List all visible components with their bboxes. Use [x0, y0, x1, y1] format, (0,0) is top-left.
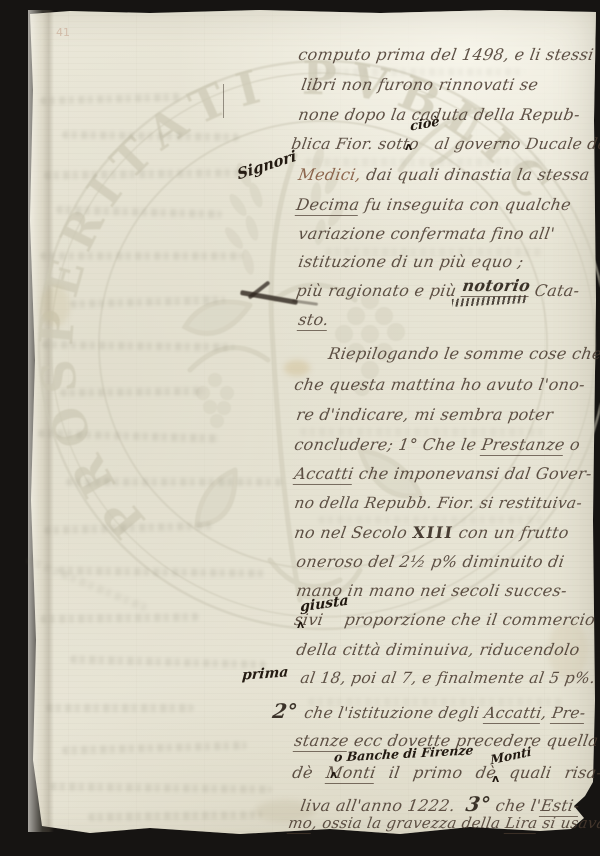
manuscript-text-segment: sivi proporzione che il commercio [293, 610, 597, 629]
manuscript-text-segment: il primo dè quali risa- [374, 763, 600, 782]
manuscript-text-segment: Riepilogando le somme cose che [327, 344, 600, 363]
manuscript-text-segment: variazione confermata fino all' [297, 224, 556, 243]
manuscript-text-segment: liva all'anno 1222. [299, 796, 467, 815]
manuscript-line: re d'indicare, mi sembra poter [295, 405, 555, 424]
manuscript-text-segment: si usava [536, 814, 600, 832]
manuscript-text-segment: istituzione di un più equo ; [297, 252, 525, 271]
manuscript-line: Decima fu inseguita con qualche [295, 195, 573, 214]
manuscript-text-segment: che l'istituzione degli [303, 704, 486, 722]
manuscript-line: sivi proporzione che il commercio [293, 610, 597, 629]
manuscript-text-segment: XIII [411, 523, 455, 542]
manuscript-line: mo, ossia la gravezza della Lira si usav… [287, 814, 600, 832]
manuscript-text-segment: computo prima del 1498, e li stessi [297, 45, 595, 64]
manuscript-line: dè Monti il primo dè quali risa- [291, 763, 600, 782]
manuscript-line: liva all'anno 1222. 3° che l'Esti- [299, 792, 581, 816]
manuscript-text-segment: dai quali dinastia la stessa [360, 165, 592, 184]
paper-stain [40, 285, 70, 327]
manuscript-text-segment: Medici, [297, 165, 362, 184]
manuscript-text-segment: fu inseguita con qualche [358, 195, 573, 214]
caret-mark: ʌ [297, 618, 304, 631]
manuscript-text-segment: al 18, poi al 7, e finalmente al 5 p%. [299, 669, 597, 687]
paper-stain [284, 360, 310, 376]
manuscript-text-segment: Decima [295, 195, 361, 216]
manuscript-text-segment: Lira [504, 814, 539, 834]
folio-number: 41 [56, 26, 70, 39]
manuscript-text-segment: , ossia la gravezza della [311, 814, 507, 832]
caret-mark: ʌ [405, 140, 412, 153]
document-scan-page: PROSPERITATI PVBLICAE [0, 0, 600, 856]
manuscript-line: al 18, poi al 7, e finalmente al 5 p%. [299, 669, 597, 688]
manuscript-text-segment: sto. [297, 310, 331, 331]
manuscript-text-segment: no della Repubb. Fior. si restituiva- [293, 494, 583, 512]
manuscript-line: che questa mattina ho avuto l'ono- [293, 375, 587, 394]
manuscript-text-segment: concludere; 1° Che le [293, 435, 483, 454]
margin-note: prima [241, 664, 288, 683]
manuscript-line: no della Repubb. Fior. si restituiva- [293, 494, 583, 513]
manuscript-line: Medici, dai quali dinastia la stessa [297, 165, 591, 184]
manuscript-line: sto. [297, 310, 330, 329]
caret-mark: ʌ [330, 768, 337, 781]
manuscript-text-segment: che questa mattina ho avuto l'ono- [293, 375, 586, 394]
manuscript-line: variazione confermata fino all' [297, 224, 556, 243]
manuscript-text-segment: blica Fior. sotto al governo Ducale dei [290, 135, 600, 153]
manuscript-text-segment: che imponevansi dal Gover- [352, 464, 593, 483]
manuscript-text-segment: Prestanze [480, 435, 566, 456]
manuscript-text-segment: no nel Secolo [293, 523, 414, 542]
manuscript-text-segment: mo [287, 814, 314, 834]
bleedthrough-line [46, 704, 194, 712]
bleedthrough-line [40, 252, 243, 260]
manuscript-text-segment: con un frutto [452, 523, 570, 542]
manuscript-line: più ragionato e più notorio Cata- [295, 281, 581, 300]
manuscript-text-segment: Accatti [293, 464, 355, 485]
manuscript-line: libri non furono rinnovati se [300, 75, 540, 94]
manuscript-text-segment: libri non furono rinnovati se [300, 75, 540, 94]
manuscript-text-segment: notorio [461, 276, 532, 297]
manuscript-line: Accatti che imponevansi dal Gover- [293, 464, 593, 483]
manuscript-text-segment: o [563, 435, 581, 454]
manuscript-text-segment: oneroso del 2½ p% diminuito di [295, 552, 566, 571]
manuscript-line: oneroso del 2½ p% diminuito di [295, 552, 566, 571]
manuscript-text-segment: Accatti [483, 704, 543, 724]
manuscript-line: Riepilogando le somme cose che [327, 344, 600, 363]
paper-scratch [223, 84, 224, 118]
manuscript-line: 2° che l'istituzione degli Accatti, Pre- [271, 699, 588, 723]
caret-mark: ʌ [492, 772, 499, 785]
manuscript-line: computo prima del 1498, e li stessi [297, 45, 595, 64]
bleedthrough-line [66, 478, 284, 486]
manuscript-text-segment: re d'indicare, mi sembra poter [295, 405, 555, 424]
manuscript-text-segment: più ragionato e più [295, 281, 463, 300]
manuscript-text-segment: dè [291, 763, 328, 782]
manuscript-line: no nel Secolo XIII con un frutto [293, 523, 570, 542]
manuscript-text-segment: Pre- [550, 704, 587, 724]
manuscript-line: concludere; 1° Che le Prestanze o [293, 435, 582, 454]
manuscript-text-segment: Cata- [528, 281, 581, 300]
manuscript-line: della città diminuiva, riducendolo [295, 640, 581, 659]
manuscript-text-segment: che l' [489, 796, 543, 815]
manuscript-line: istituzione di un più equo ; [297, 252, 525, 271]
manuscript-text-segment: 2° [271, 699, 307, 723]
manuscript-text-segment: della città diminuiva, riducendolo [295, 640, 581, 659]
manuscript-line: blica Fior. sotto al governo Ducale dei [290, 135, 600, 154]
